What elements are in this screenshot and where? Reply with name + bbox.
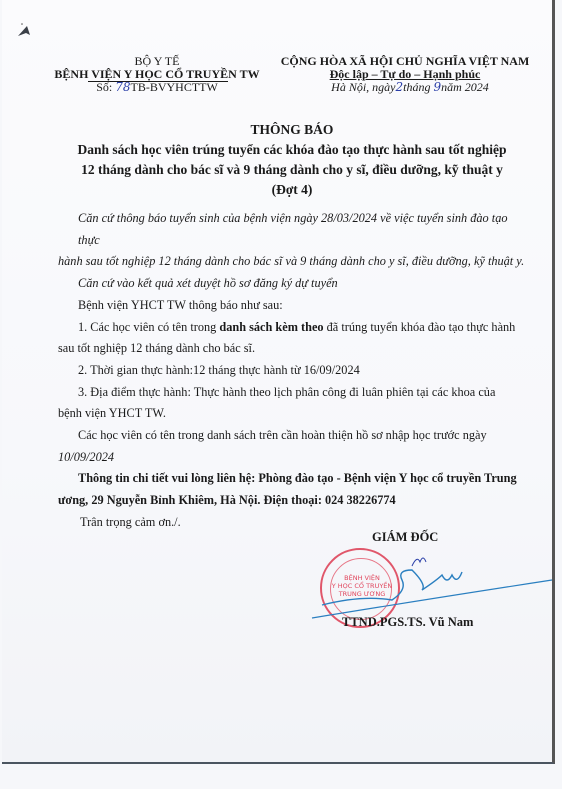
signer-role: GIÁM ĐỐC [372, 530, 438, 545]
notice-body: Căn cứ thông báo tuyển sinh của bệnh việ… [58, 208, 528, 534]
item-1-post: đã trúng tuyển khóa đào tạo thực hành [324, 320, 516, 334]
item-1: 1. Các học viên có tên trong danh sách k… [58, 317, 528, 339]
item-1-bold: danh sách kèm theo [219, 320, 323, 334]
deadline-date: 10/09/2024 [58, 447, 528, 469]
basis-2: Căn cứ vào kết quả xét duyệt hồ sơ đăng … [58, 273, 528, 295]
contact-b: ương, 29 Nguyễn Bỉnh Khiêm, Hà Nội. Điện… [58, 490, 528, 512]
item-2: 2. Thời gian thực hành:12 tháng thực hàn… [58, 360, 528, 382]
item-1-cont: sau tốt nghiệp 12 tháng dành cho bác sĩ. [58, 338, 528, 360]
date-year: năm 2024 [441, 80, 489, 94]
header-right: CỘNG HÒA XÃ HỘI CHỦ NGHĨA VIỆT NAM Độc l… [260, 55, 550, 94]
number-label: Số: [96, 80, 112, 94]
date-prefix: Hà Nội, ngày [331, 80, 395, 94]
title-line-2: 12 tháng dành cho bác sĩ và 9 tháng dành… [62, 160, 522, 180]
deadline-text: Các học viên có tên trong danh sách trên… [58, 425, 528, 447]
basis-1a: Căn cứ thông báo tuyển sinh của bệnh việ… [58, 208, 528, 251]
handwritten-signature-icon [302, 540, 562, 620]
scan-artifact-icon [16, 22, 38, 38]
motto: Độc lập – Tự do – Hạnh phúc [330, 67, 481, 81]
item-3a: 3. Địa điểm thực hành: Thực hành theo lị… [58, 382, 528, 404]
closing: Trân trọng cảm ơn./. [58, 512, 528, 534]
number-suffix: TB-BVYHCTTW [130, 80, 217, 94]
basis-1b: hành sau tốt nghiệp 12 tháng dành cho bá… [58, 251, 528, 273]
date-line: Hà Nội, ngày2tháng 9năm 2024 [260, 81, 550, 94]
item-3b: bệnh viện YHCT TW. [58, 403, 528, 425]
title-line-3: (Đợt 4) [62, 180, 522, 200]
intro: Bệnh viện YHCT TW thông báo như sau: [58, 295, 528, 317]
document-number: Số: 78TB-BVYHCTTW [42, 81, 272, 94]
item-1-pre: 1. Các học viên có tên trong [78, 320, 219, 334]
date-day: 2 [396, 80, 404, 94]
title-heading: THÔNG BÁO [62, 120, 522, 140]
contact-a: Thông tin chi tiết vui lòng liên hệ: Phò… [58, 468, 528, 490]
title-line-1: Danh sách học viên trúng tuyển các khóa … [62, 140, 522, 160]
date-month-label: tháng [403, 80, 430, 94]
number-handwritten: 78 [115, 80, 130, 94]
document-page: BỘ Y TẾ BỆNH VIỆN Y HỌC CỔ TRUYỀN TW Số:… [2, 0, 555, 764]
notice-title: THÔNG BÁO Danh sách học viên trúng tuyển… [62, 120, 522, 200]
signer-name: TTND.PGS.TS. Vũ Nam [342, 615, 473, 630]
date-month: 9 [434, 80, 442, 94]
header-left: BỘ Y TẾ BỆNH VIỆN Y HỌC CỔ TRUYỀN TW Số:… [42, 55, 272, 94]
